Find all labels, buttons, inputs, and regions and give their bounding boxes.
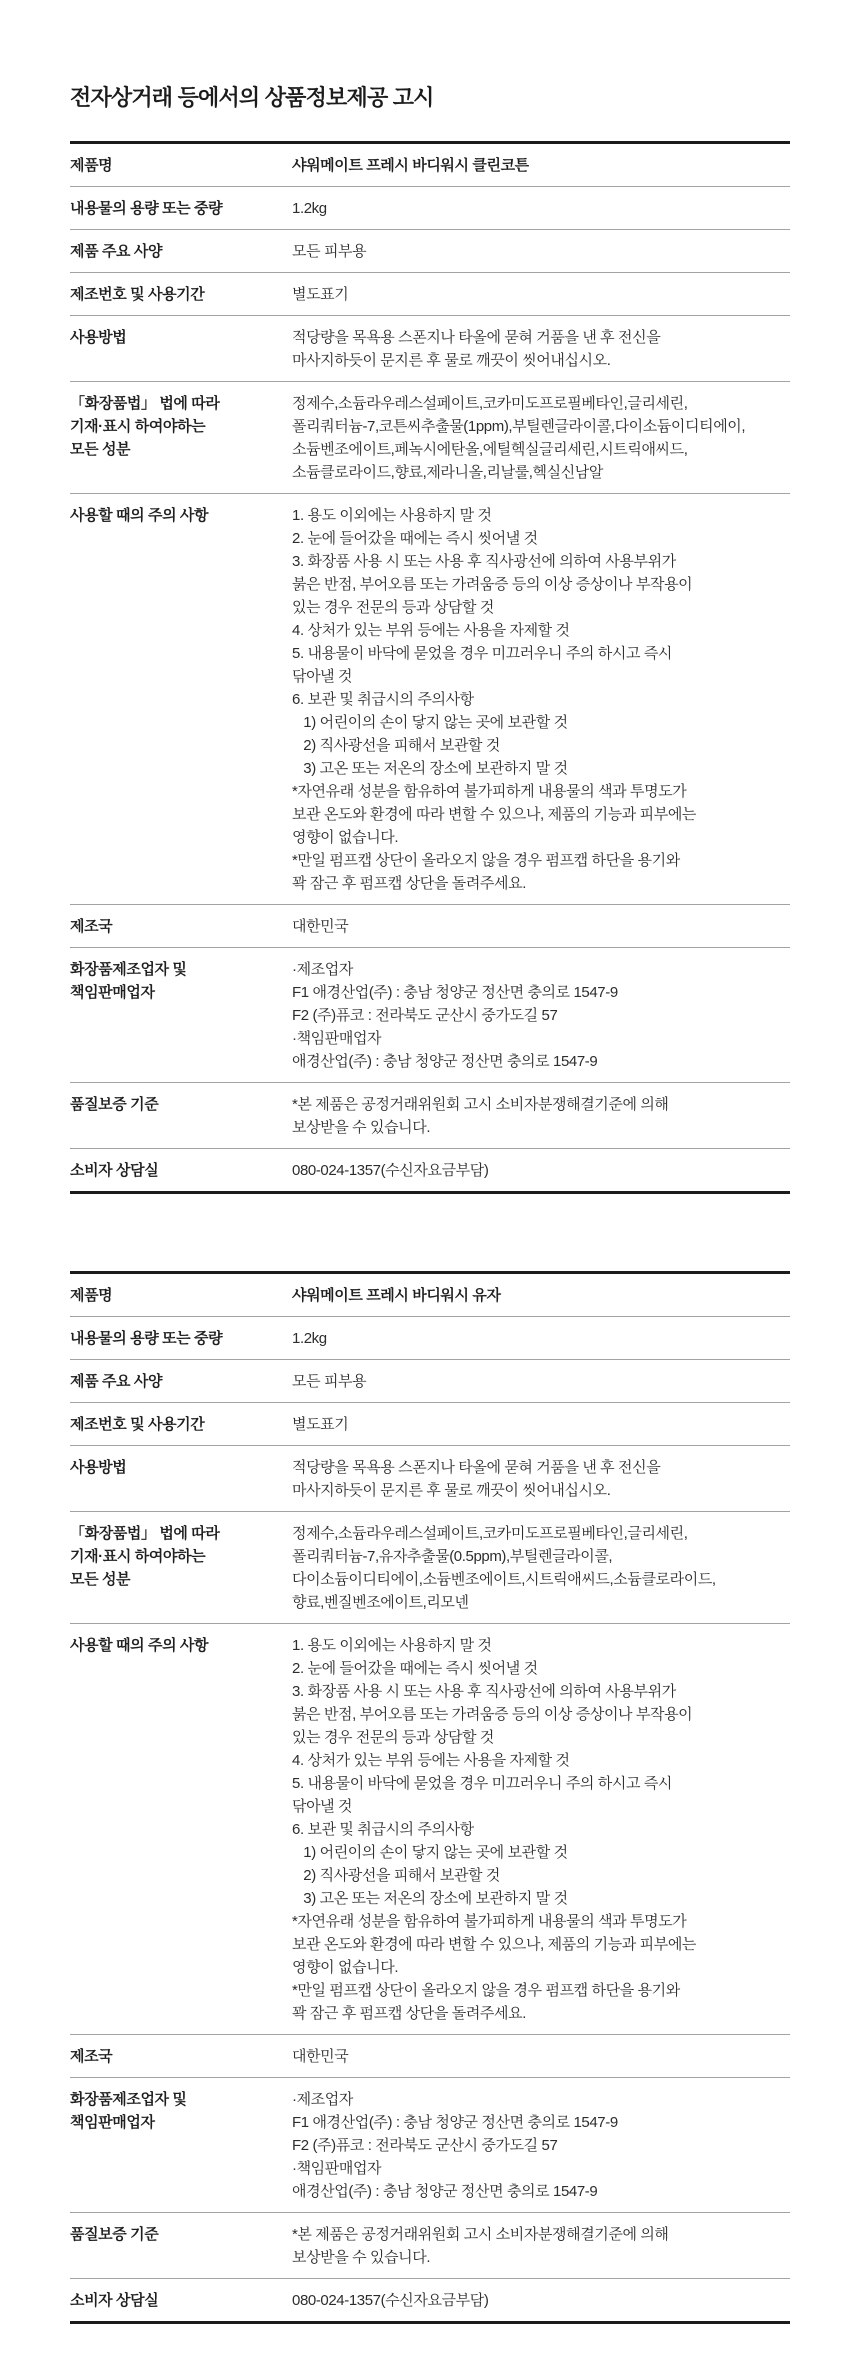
table-row: 제조국대한민국 [70, 904, 790, 947]
table-row: 제조번호 및 사용기간별도표기 [70, 272, 790, 315]
row-label: 「화장품법」 법에 따라 기재·표시 하여야하는 모든 성분 [70, 392, 292, 461]
table-row: 내용물의 용량 또는 중량1.2kg [70, 1316, 790, 1359]
table-row: 제품 주요 사양모든 피부용 [70, 1359, 790, 1402]
table-row: 사용방법적당량을 목욕용 스폰지나 타올에 묻혀 거품을 낸 후 전신을 마사지… [70, 315, 790, 381]
row-label: 사용할 때의 주의 사항 [70, 504, 292, 527]
row-value: 1. 용도 이외에는 사용하지 말 것 2. 눈에 들어갔을 때에는 즉시 씻어… [292, 1634, 790, 2025]
row-value: 080-024-1357(수신자요금부담) [292, 2289, 790, 2312]
row-value: 샤워메이트 프레시 바디워시 유자 [292, 1284, 790, 1307]
row-label: 「화장품법」 법에 따라 기재·표시 하여야하는 모든 성분 [70, 1522, 292, 1591]
row-label: 제조번호 및 사용기간 [70, 1413, 292, 1436]
row-label: 제조번호 및 사용기간 [70, 283, 292, 306]
product-info-table-cleancotton: 제품명샤워메이트 프레시 바디워시 클린코튼내용물의 용량 또는 중량1.2kg… [70, 141, 790, 1194]
table-row: 품질보증 기준*본 제품은 공정거래위원회 고시 소비자분쟁해결기준에 의해 보… [70, 1082, 790, 1148]
row-value: 1.2kg [292, 1327, 790, 1350]
row-label: 소비자 상담실 [70, 1159, 292, 1182]
row-value: 정제수,소듐라우레스설페이트,코카미도프로필베타인,글리세린, 폴리쿼터늄-7,… [292, 392, 790, 484]
row-value: 적당량을 목욕용 스폰지나 타올에 묻혀 거품을 낸 후 전신을 마사지하듯이 … [292, 326, 790, 372]
row-value: 정제수,소듐라우레스설페이트,코카미도프로필베타인,글리세린, 폴리쿼터늄-7,… [292, 1522, 790, 1614]
row-value: 적당량을 목욕용 스폰지나 타올에 묻혀 거품을 낸 후 전신을 마사지하듯이 … [292, 1456, 790, 1502]
row-value: 모든 피부용 [292, 240, 790, 263]
row-value: 대한민국 [292, 915, 790, 938]
row-label: 제조국 [70, 915, 292, 938]
row-label: 사용방법 [70, 326, 292, 349]
row-label: 제품 주요 사양 [70, 1370, 292, 1393]
table-row: 사용할 때의 주의 사항1. 용도 이외에는 사용하지 말 것 2. 눈에 들어… [70, 1623, 790, 2034]
row-value: 모든 피부용 [292, 1370, 790, 1393]
table-row: 제품 주요 사양모든 피부용 [70, 229, 790, 272]
table-row: 사용방법적당량을 목욕용 스폰지나 타올에 묻혀 거품을 낸 후 전신을 마사지… [70, 1445, 790, 1511]
product-info-page: 전자상거래 등에서의 상품정보제공 고시 제품명샤워메이트 프레시 바디워시 클… [0, 0, 860, 2364]
row-value: 1.2kg [292, 197, 790, 220]
row-value: 1. 용도 이외에는 사용하지 말 것 2. 눈에 들어갔을 때에는 즉시 씻어… [292, 504, 790, 895]
table-row: 소비자 상담실080-024-1357(수신자요금부담) [70, 1148, 790, 1191]
row-value: 별도표기 [292, 283, 790, 306]
row-value: ·제조업자 F1 애경산업(주) : 충남 청양군 정산면 충의로 1547-9… [292, 958, 790, 1073]
row-label: 내용물의 용량 또는 중량 [70, 197, 292, 220]
product-info-table-yuja: 제품명샤워메이트 프레시 바디워시 유자내용물의 용량 또는 중량1.2kg제품… [70, 1271, 790, 2324]
row-value: *본 제품은 공정거래위원회 고시 소비자분쟁해결기준에 의해 보상받을 수 있… [292, 1093, 790, 1139]
row-value: 080-024-1357(수신자요금부담) [292, 1159, 790, 1182]
row-value: *본 제품은 공정거래위원회 고시 소비자분쟁해결기준에 의해 보상받을 수 있… [292, 2223, 790, 2269]
row-label: 사용할 때의 주의 사항 [70, 1634, 292, 1657]
row-label: 제품명 [70, 1284, 292, 1307]
row-label: 내용물의 용량 또는 중량 [70, 1327, 292, 1350]
table-row: 품질보증 기준*본 제품은 공정거래위원회 고시 소비자분쟁해결기준에 의해 보… [70, 2212, 790, 2278]
table-row: 제조번호 및 사용기간별도표기 [70, 1402, 790, 1445]
row-label: 화장품제조업자 및 책임판매업자 [70, 2088, 292, 2134]
row-label: 제품명 [70, 154, 292, 177]
row-value: 샤워메이트 프레시 바디워시 클린코튼 [292, 154, 790, 177]
row-value: 대한민국 [292, 2045, 790, 2068]
row-label: 사용방법 [70, 1456, 292, 1479]
row-label: 소비자 상담실 [70, 2289, 292, 2312]
table-row: 사용할 때의 주의 사항1. 용도 이외에는 사용하지 말 것 2. 눈에 들어… [70, 493, 790, 904]
table-row: 화장품제조업자 및 책임판매업자·제조업자 F1 애경산업(주) : 충남 청양… [70, 947, 790, 1082]
row-value: 별도표기 [292, 1413, 790, 1436]
row-label: 제품 주요 사양 [70, 240, 292, 263]
table-row: 제품명샤워메이트 프레시 바디워시 클린코튼 [70, 144, 790, 186]
table-row: 「화장품법」 법에 따라 기재·표시 하여야하는 모든 성분정제수,소듐라우레스… [70, 381, 790, 493]
row-label: 품질보증 기준 [70, 2223, 292, 2246]
table-row: 「화장품법」 법에 따라 기재·표시 하여야하는 모든 성분정제수,소듐라우레스… [70, 1511, 790, 1623]
row-value: ·제조업자 F1 애경산업(주) : 충남 청양군 정산면 충의로 1547-9… [292, 2088, 790, 2203]
row-label: 화장품제조업자 및 책임판매업자 [70, 958, 292, 1004]
table-row: 제조국대한민국 [70, 2034, 790, 2077]
page-title: 전자상거래 등에서의 상품정보제공 고시 [70, 84, 790, 111]
table-row: 화장품제조업자 및 책임판매업자·제조업자 F1 애경산업(주) : 충남 청양… [70, 2077, 790, 2212]
row-label: 제조국 [70, 2045, 292, 2068]
table-row: 내용물의 용량 또는 중량1.2kg [70, 186, 790, 229]
table-row: 소비자 상담실080-024-1357(수신자요금부담) [70, 2278, 790, 2321]
row-label: 품질보증 기준 [70, 1093, 292, 1116]
table-row: 제품명샤워메이트 프레시 바디워시 유자 [70, 1274, 790, 1316]
